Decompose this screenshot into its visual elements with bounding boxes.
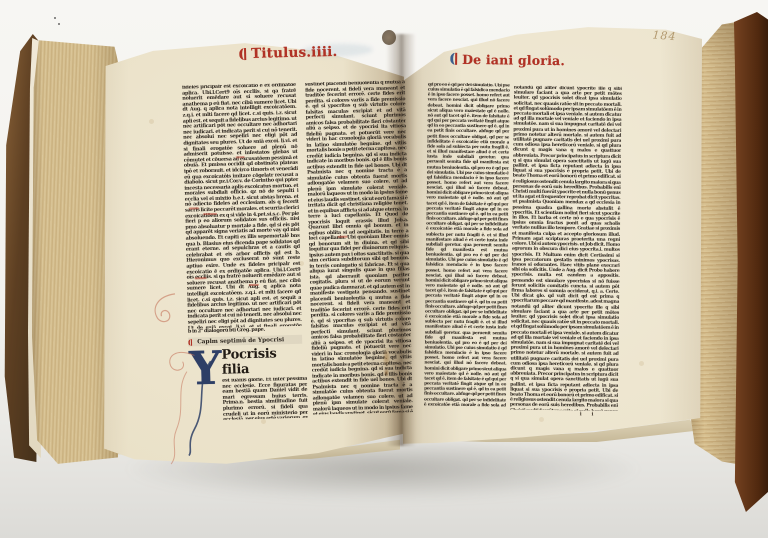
chapter-rubric: Caplm septimū de Ypocrisi xyxy=(188,335,302,347)
left-page-text-layer: Titulus.iiii. fideles pricipalr est exco… xyxy=(93,34,409,471)
handwritten-folio-number: 184 xyxy=(652,28,677,43)
paragraph-mark-icon xyxy=(188,339,193,346)
initial-descender-tail xyxy=(181,357,219,458)
paragraph-mark-icon xyxy=(450,53,458,65)
right-page-column-2: notandū qd aliter dicunt ypocrite ille q… xyxy=(510,86,622,411)
paragraph-mark-icon xyxy=(239,48,247,60)
running-title-left-label: Titulus.iiii. xyxy=(251,44,338,62)
rubrication-mark xyxy=(249,284,259,286)
gutter-stain-drip xyxy=(384,368,389,377)
running-title-right-label: De iani gloria. xyxy=(462,51,565,67)
left-page-column-1: fideles pricipalr est excoicatio ē ex or… xyxy=(182,83,302,336)
right-page-text-layer: De iani gloria. qd pro eo ē qd per dei s… xyxy=(399,20,704,450)
photograph-of-incunabulum: { "colors": { "rubric_red": "#b03225", "… xyxy=(0,0,768,538)
chapter-rubric-label: Caplm septimū de Ypocrisi xyxy=(197,337,284,345)
column-last-line: b in 2° dialogorū bti Greg. pape. xyxy=(188,326,302,336)
foxing-spots xyxy=(0,0,3,3)
rubrication-mark xyxy=(203,213,217,215)
dust-speck xyxy=(54,17,56,19)
rubrication-mark xyxy=(189,207,199,209)
rubrication-mark xyxy=(236,156,245,158)
penwork-curl xyxy=(145,290,180,335)
chapter-opening-text: est iuanis glorie. Et inter pessima nec … xyxy=(222,377,308,421)
running-title-right: De iani gloria. xyxy=(450,51,590,69)
signature-mark: i i xyxy=(580,411,598,417)
column-body-text: fideles pricipalr est excoicatio ē ex or… xyxy=(182,83,302,329)
rubrication-mark xyxy=(195,277,207,279)
left-page-column-2: sustinet placendi beniuolentia q mutua a… xyxy=(305,80,413,414)
dust-speck xyxy=(58,23,60,25)
right-page-column-1: qd pro eo ē qd per dei simulatio. Ubi ps… xyxy=(424,82,510,407)
running-title-left: Titulus.iiii. xyxy=(239,42,389,64)
rubrication-mark xyxy=(338,236,348,238)
